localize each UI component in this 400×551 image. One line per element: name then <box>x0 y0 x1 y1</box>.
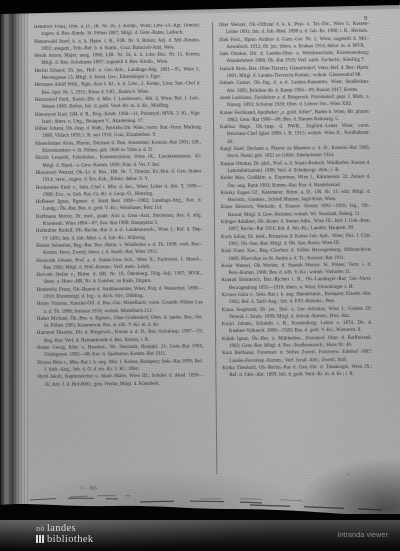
register-entry: Hetzendorf Ferd., Kanzl.-Dir. d. Min. f.… <box>35 95 201 111</box>
register-entry: Kargl Josef, Dechant u. Pfarrer zu Maute… <box>220 145 370 161</box>
register-entry: Krejci Johann, Schuldir. i. R., Korneubu… <box>222 320 372 336</box>
register-entry: Klaus Heinrich, Werksdir. d. Eisenw. Ter… <box>221 203 371 219</box>
register-entry: Hlawatsch Wenzel, Ob.-Lt. d. Res., DR. N… <box>35 168 201 184</box>
register-entry: Koch Julius, Dr. med., Primarius d. Kais… <box>221 232 371 248</box>
register-entry: Kytka Theobald, Ob.-Rechn.-Rat d. Gen.-D… <box>222 364 372 380</box>
register-entry: Henik Anton, Major, ausg. 1880, LIR. Nr.… <box>34 52 200 68</box>
logo-prefix: nö <box>36 524 45 534</box>
register-entry: Keller Max, Großkfm. u. Exporteur, Wien … <box>221 174 371 190</box>
register-entry: Kinsky Eugen Gf., Kämmerer, Rittm. a. D.… <box>221 189 371 205</box>
register-entry: Horvath Stefan v., Rittm. d. HR. Nr. 10,… <box>36 270 202 286</box>
register-entry: Kubik Ignaz, Ök.-Bes. u. Mühlenbes., Zie… <box>222 334 372 350</box>
register-entry: Hofbauer Ignaz, Bgmstr. d. Stadt Retz 18… <box>36 197 202 213</box>
left-column: Hendrich Franz, Oblt. a. D., IR. Nr. 36,… <box>34 22 203 388</box>
logo-word-landes: landes <box>47 524 76 534</box>
register-entry: Hofmüller Rudolf, Ob.-Rechn.-Rat d. n.-ö… <box>36 227 202 243</box>
register-entry: Jelinek Gustav, Ob.-Ing. d. n.-ö. Landes… <box>220 79 370 95</box>
register-entry: Hyrtl Jakob, Kupferstecher u. Akad.-Male… <box>37 373 203 389</box>
register-entry: Kovacs Géza v., Sekt.-Rat i. k. ung. Han… <box>222 291 372 307</box>
register-entry: Holzer Sebastian, Reg.-Rat, Bez.-Hptm. v… <box>36 241 202 257</box>
register-entry: Herbst Eduard, Dr. jur., Hof- u. Ger.-Ad… <box>34 66 200 82</box>
page-bottom-edges <box>0 488 400 520</box>
book-gutter <box>0 6 29 508</box>
book-page: 9 Hendrich Franz, Oblt. a. D., IR. Nr. 3… <box>4 2 400 514</box>
register-entry: Kurz Balthasar, Forstmstr. d. Stiftes Zw… <box>222 349 372 365</box>
register-entry: Hutter Georg, Kfm. u. Hausbes., Wr. Neus… <box>37 343 203 359</box>
register-entry: Ibler Wenzel, Ob.-Offizial d. k. k. Post… <box>219 21 369 37</box>
right-column: Ibler Wenzel, Ob.-Offizial d. k. k. Post… <box>212 21 373 474</box>
register-entry: Jurek Ladislaus, Fachlehrer a. d. Bürger… <box>220 94 370 110</box>
register-entry: Kallina Hugo, Ob.-Insp. d. NWB., Zugförd… <box>220 123 370 146</box>
catchword: 7 <box>346 473 349 478</box>
register-entry: Janisch Alois, Bez.-Ober-Tierarzt, Gänse… <box>219 65 369 81</box>
register-entry: Hruby Vinzenz, Kanzlei-Off. d. Bez.-Ger.… <box>37 300 203 316</box>
library-logo[interactable]: nö landes bibliothek <box>36 524 94 545</box>
register-entry: Hennewald Josef, k. u. k. Hptm. i. R., F… <box>34 37 200 53</box>
page-text-block: 9 Hendrich Franz, Oblt. a. D., IR. Nr. 3… <box>30 16 400 497</box>
register-entry: Klinger Adalbert, Ob.-Kontr. d. Steuer-A… <box>221 218 371 234</box>
register-entry: Hieronymi Karl, GM. d. R., Brig.-Kmdt. 1… <box>35 110 201 126</box>
viewer-brand-label[interactable]: intranda viewer <box>338 532 388 539</box>
register-entry: Kolar Wenzel, Ob.-Werkm. d. Staatsb.-Wer… <box>221 262 371 278</box>
register-entry: Hyross Béla v., Min.-Rat i. k. ung. Min.… <box>37 358 203 374</box>
scanned-page-image[interactable]: 9 Hendrich Franz, Oblt. a. D., IR. Nr. 3… <box>0 0 400 520</box>
register-entry: Hermann Adolf Wilh., Rgts.-Arzt I. Kl., … <box>35 81 201 97</box>
register-entry: Kaspar Ottokar, Dr. phil., Prof. a. d. S… <box>220 159 370 175</box>
register-entry: Horaczek Johann, Prof. a. d. Staats-Gew.… <box>36 256 202 272</box>
register-entry: Hinterleitner Alois, Pfarrer, Dechant d.… <box>35 139 201 155</box>
register-entry: Konrad Emmerich, Bez.-Richter i. R., Ob.… <box>221 276 371 292</box>
register-entry: Hochstetter Emil v., Sekt.-Chef i. Min. … <box>36 183 202 199</box>
register-entry: Kraus Siegmund, Dr. jur., Hof- u. Ger.-A… <box>222 305 372 321</box>
library-bars-icon <box>36 535 45 543</box>
register-entry: Jahn Ottokar, Dir. d. Landes-Obst- u. We… <box>219 50 369 66</box>
register-entry: Hirsch Leopold, Fabriksbes., Kommerzialr… <box>35 154 201 170</box>
register-entry: Hradetzky Franz, Ob.-Baurat d. Stadtbaua… <box>37 285 203 301</box>
register-entry: Hilber Johann, Ob.-Insp. d. Südb., Betri… <box>35 125 201 141</box>
register-entry: Hendrich Franz, Oblt. a. D., IR. Nr. 36,… <box>34 22 200 38</box>
register-entry: Huber Michael, Ök.-Bes. u. Bgmstr., Ober… <box>37 314 203 330</box>
register-entry: Hoffmann Moritz, Dr. med., prakt. Arzt u… <box>36 212 202 228</box>
register-entry: Hummel Theodor, Dir. d. Bürgersch., Krem… <box>37 329 203 345</box>
viewer-footer-bar: nö landes bibliothek intranda viewer <box>0 520 400 551</box>
logo-word-bibliothek: bibliothek <box>47 535 94 545</box>
register-entry: Kohl Franz Xav., Reg.-Chorherr d. Stifte… <box>221 247 371 263</box>
register-entry: Illek Ferd., Hptm.-Auditor d. Garn.-Ger.… <box>219 35 369 51</box>
register-entry: Kaiser Ferdinand, Apotheker „z. gold. Ad… <box>220 108 370 124</box>
